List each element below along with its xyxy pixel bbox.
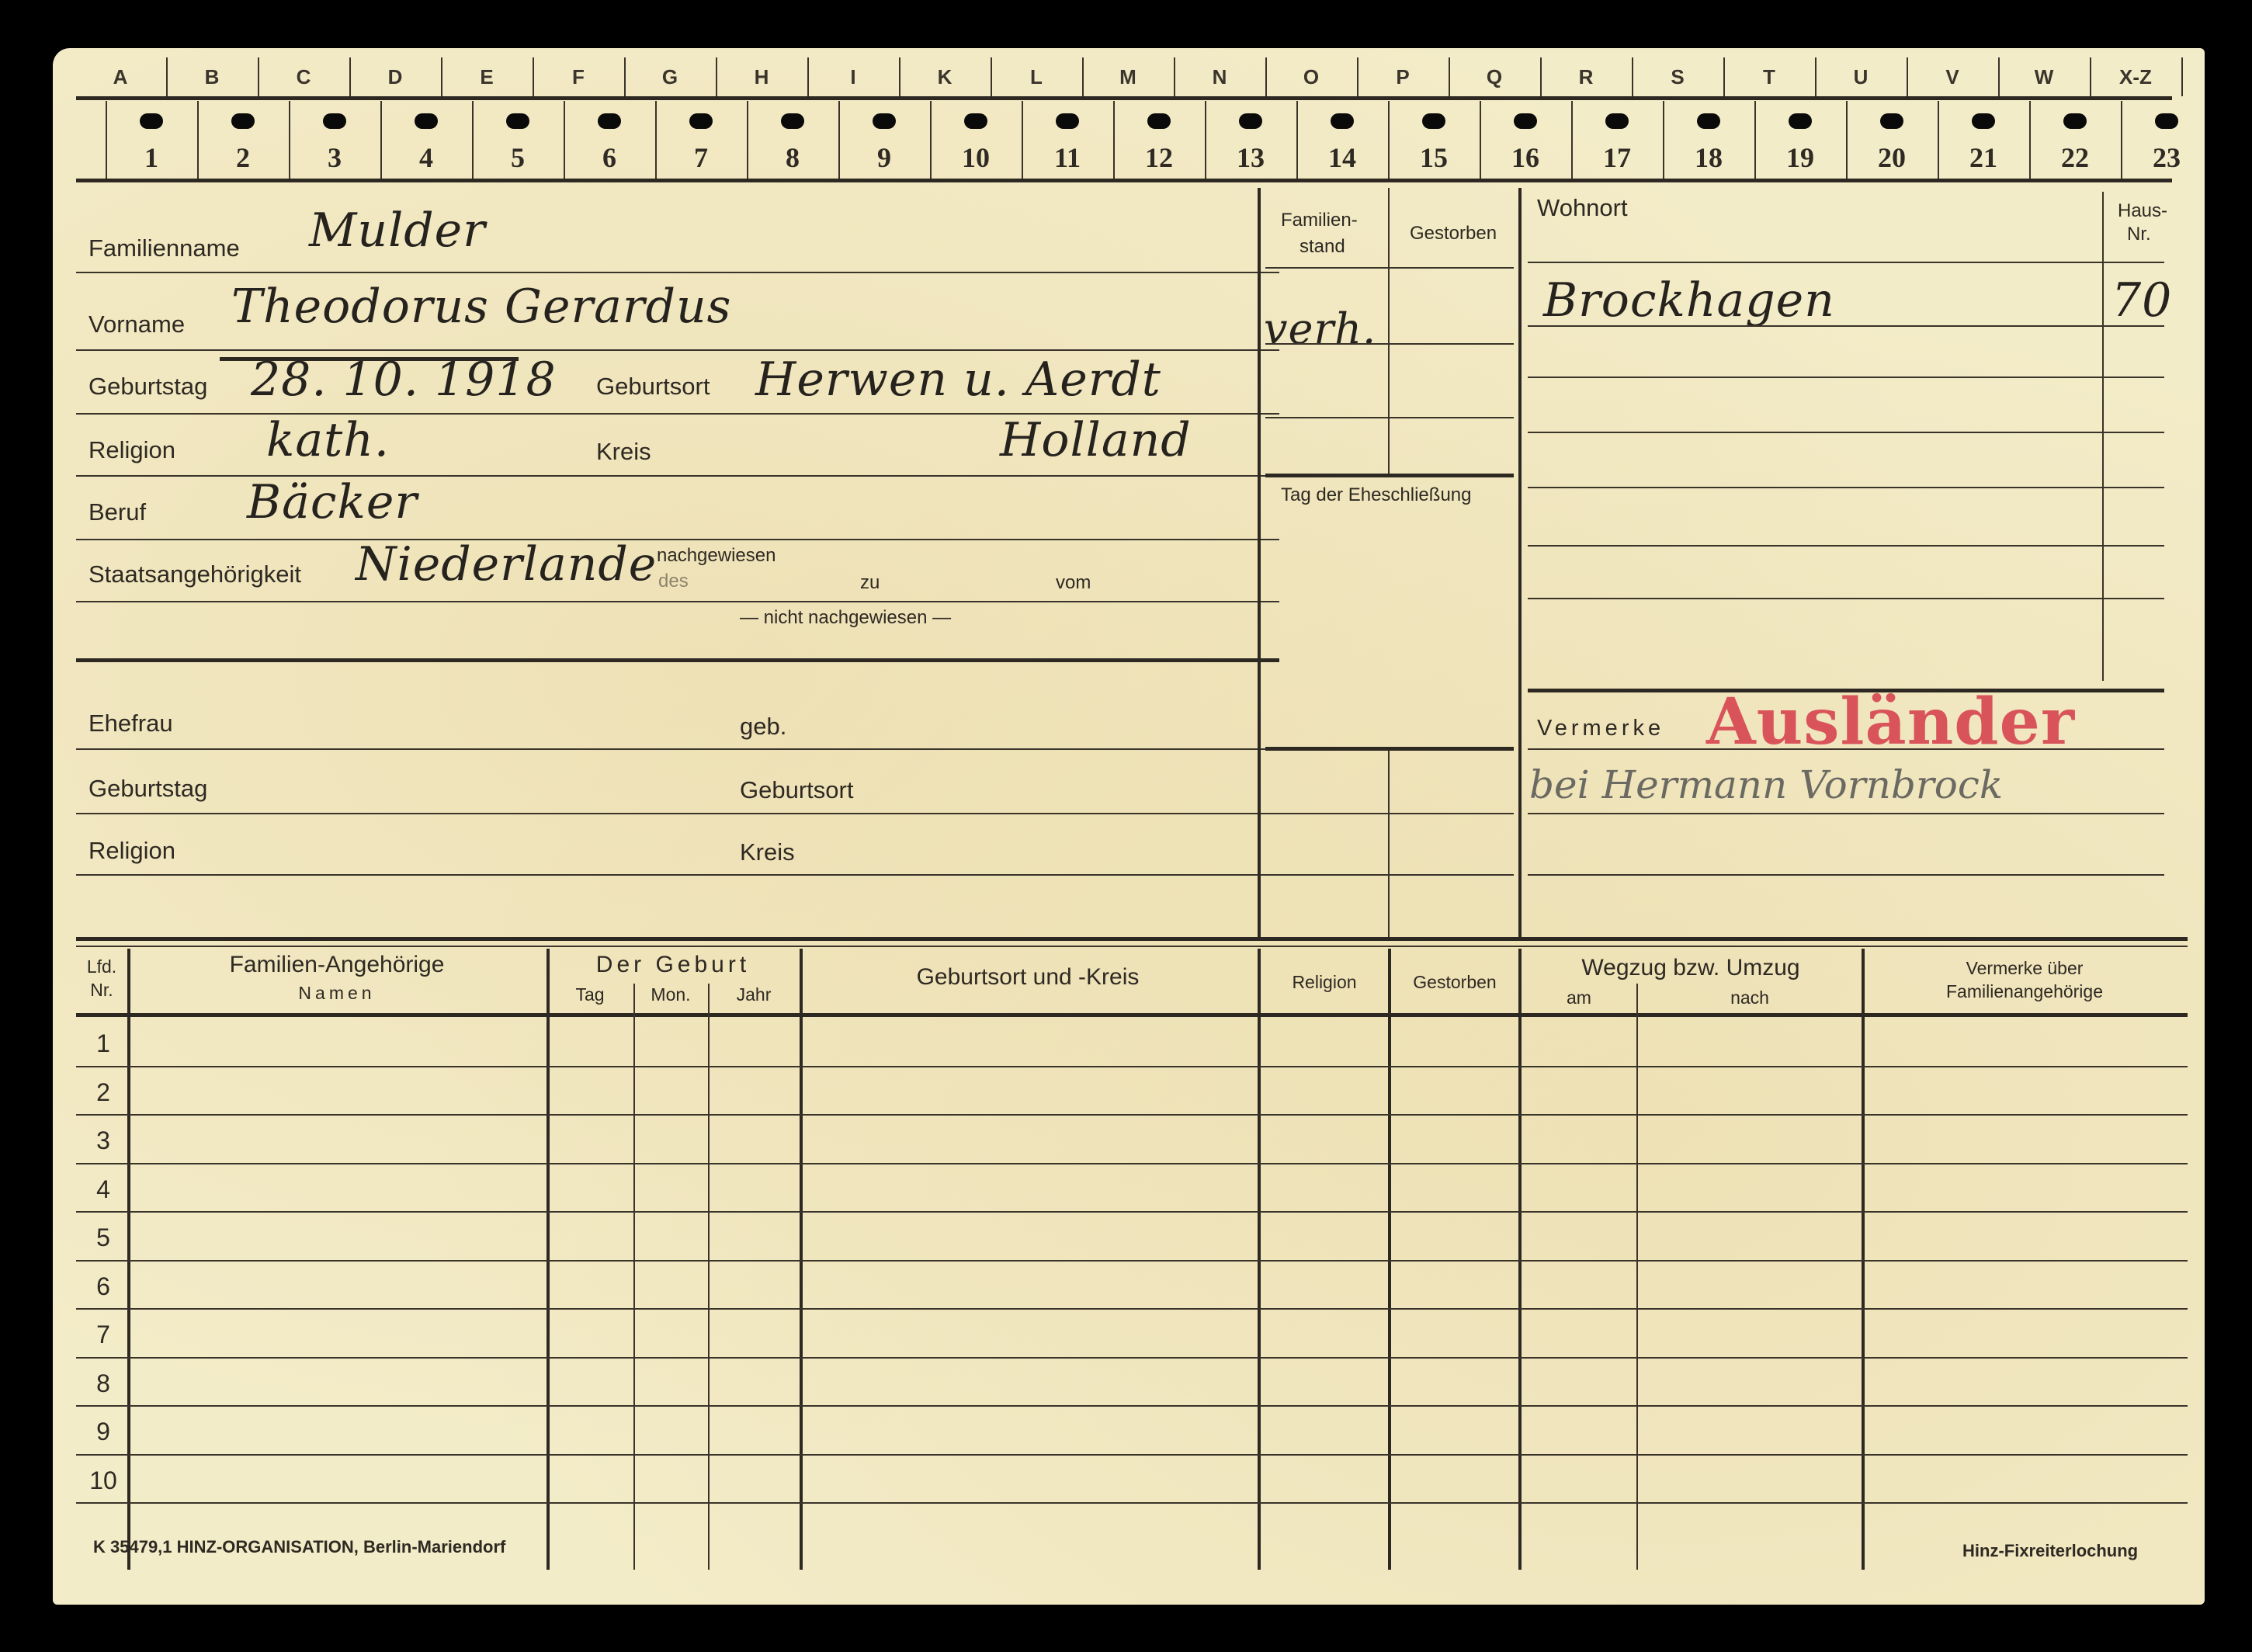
vorname-label: Vorname	[88, 311, 185, 338]
punch-hole-icon	[415, 113, 438, 129]
number-divider	[1571, 101, 1573, 179]
divider	[76, 179, 2172, 182]
letter-divider	[2181, 57, 2183, 96]
rule	[1265, 267, 1514, 269]
rule	[1265, 747, 1514, 751]
number-divider	[1205, 101, 1206, 179]
row-number: 8	[76, 1369, 130, 1398]
rule	[1265, 874, 1514, 876]
index-number: 12	[1113, 141, 1205, 174]
index-letter: R	[1540, 65, 1632, 89]
index-letter: Q	[1449, 65, 1540, 89]
number-divider	[564, 101, 565, 179]
punch-hole-icon	[323, 113, 346, 129]
rule	[76, 601, 1279, 602]
geburtstag-label: Geburtstag	[88, 373, 207, 401]
ehefrau-label: Ehefrau	[88, 710, 173, 737]
punch-hole-icon	[2155, 113, 2178, 129]
number-divider	[838, 101, 840, 179]
row-number: 5	[76, 1223, 130, 1252]
punch-hole-icon	[1331, 113, 1354, 129]
kreis-label: Kreis	[596, 438, 651, 466]
rule	[1265, 813, 1514, 814]
index-number: 4	[380, 141, 472, 174]
index-letter: D	[349, 65, 441, 89]
index-letter: V	[1907, 65, 1998, 89]
punch-hole-icon	[1697, 113, 1720, 129]
rule	[1528, 262, 2164, 263]
rule	[76, 349, 1279, 351]
number-divider	[655, 101, 657, 179]
header-jahr: Jahr	[708, 984, 800, 1005]
rule	[1528, 545, 2164, 547]
index-number: 18	[1663, 141, 1754, 174]
index-letter: H	[716, 65, 807, 89]
index-letter: U	[1815, 65, 1907, 89]
geburtsort-label: Geburtsort	[596, 373, 710, 401]
table-row	[76, 1308, 2188, 1310]
row-number: 2	[76, 1078, 130, 1107]
punch-hole-icon	[598, 113, 621, 129]
spouse-religion-label: Religion	[88, 837, 175, 865]
column-border	[1636, 984, 1638, 1570]
spouse-geburtstag-label: Geburtstag	[88, 775, 207, 803]
table-row	[76, 1211, 2188, 1213]
punch-hole-icon	[1605, 113, 1629, 129]
header-wegzug: Wegzug bzw. Umzug	[1520, 955, 1862, 981]
index-number: 2	[197, 141, 289, 174]
index-number: 19	[1754, 141, 1846, 174]
punch-hole-icon	[1972, 113, 1995, 129]
row-number: 1	[76, 1029, 130, 1058]
header-tag: Tag	[547, 984, 633, 1005]
number-divider	[197, 101, 199, 179]
index-number: 10	[930, 141, 1022, 174]
geburtsort-value: Herwen u. Aerdt	[755, 352, 1161, 407]
punch-hole-icon	[1147, 113, 1171, 129]
rule	[1528, 432, 2164, 433]
table-top-border	[76, 937, 2188, 941]
column-border	[1388, 751, 1390, 937]
number-divider	[380, 101, 382, 179]
familienstand-label-2: stand	[1299, 236, 1345, 258]
punch-hole-icon	[689, 113, 713, 129]
number-divider	[2029, 101, 2031, 179]
rule	[76, 272, 1279, 273]
punch-hole-icon	[1514, 113, 1537, 129]
punch-hole-icon	[506, 113, 529, 129]
index-letter: B	[166, 65, 258, 89]
gestorben-label: Gestorben	[1410, 223, 1497, 245]
index-number: 13	[1205, 141, 1296, 174]
number-divider	[1022, 101, 1023, 179]
number-divider	[1938, 101, 1939, 179]
index-letter: F	[533, 65, 624, 89]
number-divider	[1113, 101, 1115, 179]
column-border	[633, 984, 635, 1570]
remarks-note: bei Hermann Vornbrock	[1529, 762, 2003, 807]
index-number: 20	[1846, 141, 1938, 174]
number-divider	[1296, 101, 1298, 179]
registration-card: ABCDEFGHIKLMNOPQRSTUVWX-Z 12345678910111…	[53, 48, 2205, 1605]
punch-hole-icon	[1422, 113, 1445, 129]
index-number: 17	[1571, 141, 1663, 174]
number-divider	[1754, 101, 1756, 179]
index-letter: P	[1357, 65, 1449, 89]
index-number: 5	[472, 141, 564, 174]
header-lfd-1: Lfd.	[76, 956, 127, 977]
rule	[76, 874, 1279, 876]
spouse-kreis-label: Kreis	[740, 838, 795, 866]
index-number: 3	[289, 141, 380, 174]
index-letter: G	[624, 65, 716, 89]
index-letter: A	[75, 65, 166, 89]
column-border	[1388, 188, 1390, 477]
index-letter: W	[1998, 65, 2090, 89]
table-row	[76, 1357, 2188, 1359]
number-divider	[2121, 101, 2122, 179]
number-divider	[1663, 101, 1664, 179]
column-border	[2102, 192, 2104, 681]
index-number: 1	[106, 141, 197, 174]
zu-label: zu	[860, 572, 880, 594]
index-letter: N	[1174, 65, 1265, 89]
number-divider	[1480, 101, 1481, 179]
wohnort-value: Brockhagen	[1543, 273, 1835, 328]
number-divider	[1846, 101, 1848, 179]
vorname-value: Theodorus Gerardus	[231, 279, 731, 334]
header-vermerke-2: Familienangehörige	[1862, 981, 2188, 1002]
index-letter: I	[807, 65, 899, 89]
row-number: 7	[76, 1321, 130, 1349]
column-border	[1518, 188, 1522, 937]
beruf-value: Bäcker	[247, 475, 418, 529]
index-number: 16	[1480, 141, 1571, 174]
header-gestorben: Gestorben	[1390, 972, 1520, 993]
rule	[1265, 417, 1514, 418]
row-number: 6	[76, 1272, 130, 1301]
index-letter: L	[991, 65, 1082, 89]
familienname-value: Mulder	[309, 203, 486, 258]
header-geburtsort: Geburtsort und -Kreis	[800, 964, 1256, 991]
header-mon: Mon.	[633, 984, 708, 1005]
header-namen: Namen	[127, 983, 547, 1004]
rule	[1528, 598, 2164, 599]
index-letter: O	[1265, 65, 1357, 89]
divider	[76, 96, 2172, 100]
rule	[76, 813, 1279, 814]
header-angehoerige: Familien-Angehörige	[127, 952, 547, 978]
index-number: 21	[1938, 141, 2029, 174]
rule	[1528, 748, 2164, 750]
header-vermerke-1: Vermerke über	[1862, 958, 2188, 979]
vermerke-label: Vermerke	[1537, 716, 1664, 741]
row-number: 9	[76, 1418, 130, 1446]
eheschliessung-label: Tag der Eheschließung	[1281, 484, 1471, 506]
hausnr-label-1: Haus-	[2118, 200, 2167, 222]
column-border	[1258, 188, 1261, 937]
table-row	[76, 1066, 2188, 1067]
kreis-value: Holland	[1000, 413, 1192, 467]
nachgewiesen-label: nachgewiesen	[657, 545, 776, 567]
header-nach: nach	[1638, 987, 1862, 1008]
number-divider	[106, 101, 107, 179]
staatsangehoerigkeit-label: Staatsangehörigkeit	[88, 560, 301, 588]
index-number: 15	[1388, 141, 1480, 174]
familienstand-label-1: Familien-	[1281, 210, 1358, 231]
table-row	[76, 1163, 2188, 1164]
row-number: 3	[76, 1126, 130, 1155]
spouse-geburtsort-label: Geburtsort	[740, 776, 853, 804]
number-divider	[1388, 101, 1390, 179]
geburtstag-value: 28. 10. 1918	[251, 352, 557, 407]
punch-hole-icon	[1056, 113, 1079, 129]
wohnort-label: Wohnort	[1537, 194, 1628, 222]
familienstand-value: verh.	[1264, 304, 1376, 353]
index-letter: C	[258, 65, 349, 89]
punch-hole-icon	[231, 113, 255, 129]
index-letter: M	[1082, 65, 1174, 89]
number-divider	[747, 101, 748, 179]
header-bottom-border	[76, 1013, 2188, 1017]
rule	[1528, 325, 2164, 327]
header-lfd-2: Nr.	[76, 980, 127, 1001]
footer-imprint: K 35479,1 HINZ-ORGANISATION, Berlin-Mari…	[93, 1537, 505, 1557]
index-number: 14	[1296, 141, 1388, 174]
index-letter: E	[441, 65, 533, 89]
punch-hole-icon	[964, 113, 987, 129]
staatsangehoerigkeit-value: Niederlande	[356, 537, 657, 592]
column-border	[708, 984, 710, 1570]
index-letter: K	[899, 65, 991, 89]
index-number: 8	[747, 141, 838, 174]
footer-punch-note: Hinz-Fixreiterlochung	[1962, 1541, 2138, 1561]
rule	[76, 748, 1279, 750]
rule	[1265, 343, 1514, 345]
index-letter: S	[1632, 65, 1723, 89]
header-am: am	[1520, 987, 1638, 1008]
index-number: 11	[1022, 141, 1113, 174]
index-number: 23	[2121, 141, 2212, 174]
number-divider	[289, 101, 290, 179]
religion-value: kath.	[266, 413, 390, 467]
punch-hole-icon	[140, 113, 163, 129]
punch-hole-icon	[2063, 113, 2087, 129]
vom-label: vom	[1056, 572, 1091, 594]
familienname-label: Familienname	[88, 234, 240, 262]
index-number: 7	[655, 141, 747, 174]
hausnr-value: 70	[2111, 273, 2172, 328]
rule	[1528, 813, 2164, 814]
punch-hole-icon	[1789, 113, 1812, 129]
table-row	[76, 1454, 2188, 1456]
punch-hole-icon	[781, 113, 804, 129]
rule	[1528, 377, 2164, 378]
des-label: des	[658, 571, 689, 592]
punch-hole-icon	[1880, 113, 1903, 129]
punch-hole-icon	[1239, 113, 1262, 129]
table-row	[76, 1114, 2188, 1116]
section-divider	[76, 658, 1279, 662]
table-row	[76, 1405, 2188, 1407]
rule	[1528, 874, 2164, 876]
index-letter: X-Z	[2090, 65, 2181, 89]
header-geburt: Der Geburt	[547, 952, 800, 978]
number-divider	[930, 101, 932, 179]
index-number: 22	[2029, 141, 2121, 174]
rule	[76, 539, 1279, 540]
hausnr-label-2: Nr.	[2127, 224, 2151, 245]
nicht-nachgewiesen-label: — nicht nachgewiesen —	[740, 607, 951, 629]
geb-label: geb.	[740, 713, 786, 741]
punch-hole-icon	[873, 113, 896, 129]
index-letter: T	[1723, 65, 1815, 89]
rule	[1528, 487, 2164, 488]
index-number: 9	[838, 141, 930, 174]
number-divider	[472, 101, 474, 179]
index-number: 6	[564, 141, 655, 174]
table-row	[76, 1502, 2188, 1504]
row-number: 4	[76, 1175, 130, 1204]
table-top-border	[76, 946, 2188, 947]
table-row	[76, 1260, 2188, 1262]
beruf-label: Beruf	[88, 498, 146, 526]
religion-label: Religion	[88, 436, 175, 464]
rule	[1265, 474, 1514, 477]
header-religion: Religion	[1259, 972, 1390, 993]
row-number: 10	[76, 1466, 130, 1495]
